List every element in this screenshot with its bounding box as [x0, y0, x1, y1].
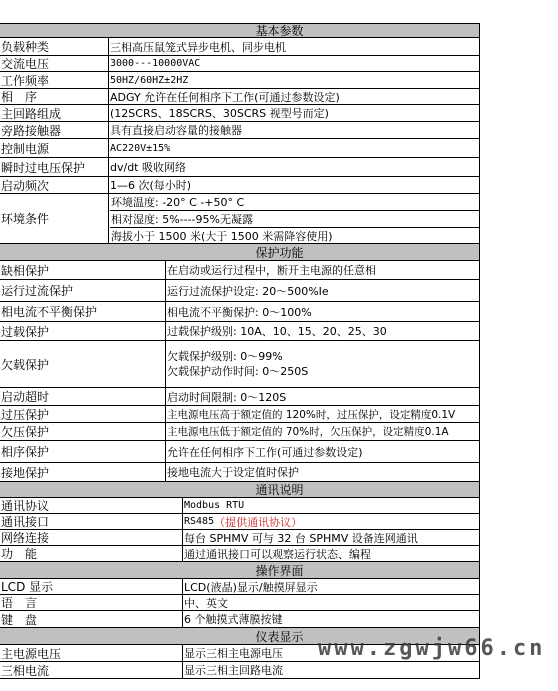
row-value: 主电源电压低于额定值的 70%时，欠压保护，设定精度0.1A — [166, 423, 479, 440]
table-row: 旁路接触器具有直接启动容量的接触器 — [0, 122, 479, 139]
row-label: 欠载保护 — [0, 341, 166, 387]
row-label: 相电流不平衡保护 — [0, 302, 166, 321]
table-row-environment: 环境条件 环境温度: -20° C -+50° C 相对湿度: 5%----95… — [0, 194, 479, 244]
humidity-value: 相对湿度: 5%----95%无凝露 — [110, 211, 479, 228]
row-value: LCD(液晶)显示/触摸屏显示 — [183, 579, 479, 594]
row-label: 相 序 — [0, 89, 109, 104]
row-label: 环境条件 — [0, 194, 109, 243]
row-label: 启动频次 — [0, 177, 109, 193]
watermark: www.zgwjw66.cn — [318, 636, 545, 661]
table-row: 控制电源AC220V±15% — [0, 139, 479, 158]
row-value: 运行过流保护设定: 20～500%Ie — [166, 280, 479, 301]
table-row: 语 言中、英文 — [0, 595, 479, 611]
table-row: 键 盘6 个触摸式薄膜按键 — [0, 611, 479, 628]
row-value: 显示三相主回路电流 — [183, 662, 479, 678]
row-label: 通讯协议 — [0, 498, 183, 513]
section-header-communication: 通讯说明 — [0, 482, 479, 498]
table-row: 通讯协议Modbus RTU — [0, 498, 479, 514]
altitude-value: 海拔小于 1500 米(大于 1500 米需降容使用) — [110, 228, 479, 243]
row-value: RS485（提供通讯协议） — [183, 514, 479, 529]
row-value: 在启动或运行过程中，断开主电源的任意相 — [166, 261, 479, 279]
row-label: 过压保护 — [0, 406, 166, 422]
row-label: 网络连接 — [0, 530, 183, 545]
table-row: 启动频次1—6 次(每小时) — [0, 177, 479, 194]
row-value: dv/dt 吸收网络 — [109, 158, 479, 176]
section-title: 基本参数 — [255, 22, 303, 39]
interface-value: RS485 — [184, 516, 214, 527]
section-title: 操作界面 — [255, 562, 303, 579]
table-row: 工作频率50HZ/60HZ±2HZ — [0, 72, 479, 89]
row-value: AC220V±15% — [109, 139, 479, 157]
row-value: 具有直接启动容量的接触器 — [109, 122, 479, 138]
table-row: 接地保护接地电流大于设定值时保护 — [0, 463, 479, 482]
table-row: 相 序ADGY 允许在任何相序下工作(可通过参数设定) — [0, 89, 479, 105]
basic-section: 负载种类三相高压鼠笼式异步电机、同步电机 交流电压3000---10000VAC… — [0, 38, 479, 244]
spec-table: 基本参数 负载种类三相高压鼠笼式异步电机、同步电机 交流电压3000---100… — [0, 23, 480, 679]
table-row: LCD 显示LCD(液晶)显示/触摸屏显示 — [0, 579, 479, 595]
temperature-value: 环境温度: -20° C -+50° C — [110, 194, 479, 211]
row-value: 接地电流大于设定值时保护 — [166, 463, 479, 481]
row-label: 接地保护 — [0, 463, 166, 481]
section-header-basic: 基本参数 — [0, 24, 479, 38]
row-value: 3000---10000VAC — [109, 56, 479, 71]
row-label: 功 能 — [0, 546, 183, 561]
row-label: 相序保护 — [0, 441, 166, 462]
row-label: 工作频率 — [0, 72, 109, 88]
section-header-operation: 操作界面 — [0, 562, 479, 579]
row-value: 相电流不平衡保护: 0～100% — [166, 302, 479, 321]
table-row: 功 能通过通讯接口可以观察运行状态、编程 — [0, 546, 479, 562]
table-row: 相序保护允许在任何相序下工作(可通过参数设定) — [0, 441, 479, 463]
row-label: 主回路组成 — [0, 105, 109, 121]
row-label: LCD 显示 — [0, 579, 183, 594]
row-label: 语 言 — [0, 595, 183, 610]
row-value: 过载保护级别: 10A、10、15、20、25、30 — [166, 322, 479, 340]
row-label: 瞬时过电压保护 — [0, 158, 109, 176]
table-row: 通讯接口RS485（提供通讯协议） — [0, 514, 479, 530]
table-row: 欠压保护主电源电压低于额定值的 70%时，欠压保护，设定精度0.1A — [0, 423, 479, 441]
environment-values: 环境温度: -20° C -+50° C 相对湿度: 5%----95%无凝露 … — [109, 194, 479, 243]
underload-time: 欠载保护动作时间: 0～250S — [167, 364, 308, 379]
table-row: 网络连接每台 SPHMV 可与 32 台 SPHMV 设备连网通讯 — [0, 530, 479, 546]
table-row: 交流电压3000---10000VAC — [0, 56, 479, 72]
table-row: 三相电流显示三相主回路电流 — [0, 662, 479, 679]
section-title: 保护功能 — [255, 244, 303, 261]
row-label: 三相电流 — [0, 662, 183, 678]
underload-level: 欠载保护级别: 0～99% — [167, 349, 283, 364]
row-label: 主电源电压 — [0, 645, 183, 661]
row-label: 控制电源 — [0, 139, 109, 157]
row-label: 通讯接口 — [0, 514, 183, 529]
table-row: 启动超时启动时间限制: 0～120S — [0, 388, 479, 406]
protection-section: 缺相保护在启动或运行过程中，断开主电源的任意相 运行过流保护运行过流保护设定: … — [0, 261, 479, 482]
row-label: 负载种类 — [0, 38, 109, 55]
row-label: 运行过流保护 — [0, 280, 166, 301]
table-row: 缺相保护在启动或运行过程中，断开主电源的任意相 — [0, 261, 479, 280]
protocol-link[interactable]: （提供通讯协议） — [214, 514, 302, 529]
row-label: 键 盘 — [0, 611, 183, 627]
row-value: Modbus RTU — [183, 498, 479, 513]
table-row: 相电流不平衡保护相电流不平衡保护: 0～100% — [0, 302, 479, 322]
table-row: 欠载保护欠载保护级别: 0～99%欠载保护动作时间: 0～250S — [0, 341, 479, 388]
row-label: 欠压保护 — [0, 423, 166, 440]
row-value: 每台 SPHMV 可与 32 台 SPHMV 设备连网通讯 — [183, 530, 479, 545]
section-title: 仪表显示 — [255, 628, 303, 645]
row-value: (12SCRS、18SCRS、30SCRS 视型号而定) — [109, 105, 479, 121]
row-value: 三相高压鼠笼式异步电机、同步电机 — [109, 38, 479, 55]
table-row: 负载种类三相高压鼠笼式异步电机、同步电机 — [0, 38, 479, 56]
operation-section: LCD 显示LCD(液晶)显示/触摸屏显示 语 言中、英文 键 盘6 个触摸式薄… — [0, 579, 479, 628]
section-title: 通讯说明 — [255, 481, 303, 498]
section-header-protection: 保护功能 — [0, 244, 479, 261]
row-value: 通过通讯接口可以观察运行状态、编程 — [183, 546, 479, 561]
row-label: 旁路接触器 — [0, 122, 109, 138]
row-label: 过载保护 — [0, 322, 166, 340]
row-value: 主电源电压高于额定值的 120%时，过压保护，设定精度0.1V — [166, 406, 479, 422]
row-label: 缺相保护 — [0, 261, 166, 279]
row-value: 启动时间限制: 0～120S — [166, 388, 479, 405]
communication-section: 通讯协议Modbus RTU 通讯接口RS485（提供通讯协议） 网络连接每台 … — [0, 498, 479, 562]
table-row: 过压保护主电源电压高于额定值的 120%时，过压保护，设定精度0.1V — [0, 406, 479, 423]
row-value: 50HZ/60HZ±2HZ — [109, 72, 479, 88]
table-row: 主回路组成(12SCRS、18SCRS、30SCRS 视型号而定) — [0, 105, 479, 122]
row-label: 启动超时 — [0, 388, 166, 405]
row-value: 中、英文 — [183, 595, 479, 610]
row-value: 6 个触摸式薄膜按键 — [183, 611, 479, 627]
table-row: 运行过流保护运行过流保护设定: 20～500%Ie — [0, 280, 479, 302]
row-label: 交流电压 — [0, 56, 109, 71]
row-value: ADGY 允许在任何相序下工作(可通过参数设定) — [109, 89, 479, 104]
row-value: 欠载保护级别: 0～99%欠载保护动作时间: 0～250S — [166, 341, 479, 387]
table-row: 瞬时过电压保护dv/dt 吸收网络 — [0, 158, 479, 177]
table-row: 过载保护过载保护级别: 10A、10、15、20、25、30 — [0, 322, 479, 341]
row-value: 1—6 次(每小时) — [109, 177, 479, 193]
row-value: 允许在任何相序下工作(可通过参数设定) — [166, 441, 479, 462]
